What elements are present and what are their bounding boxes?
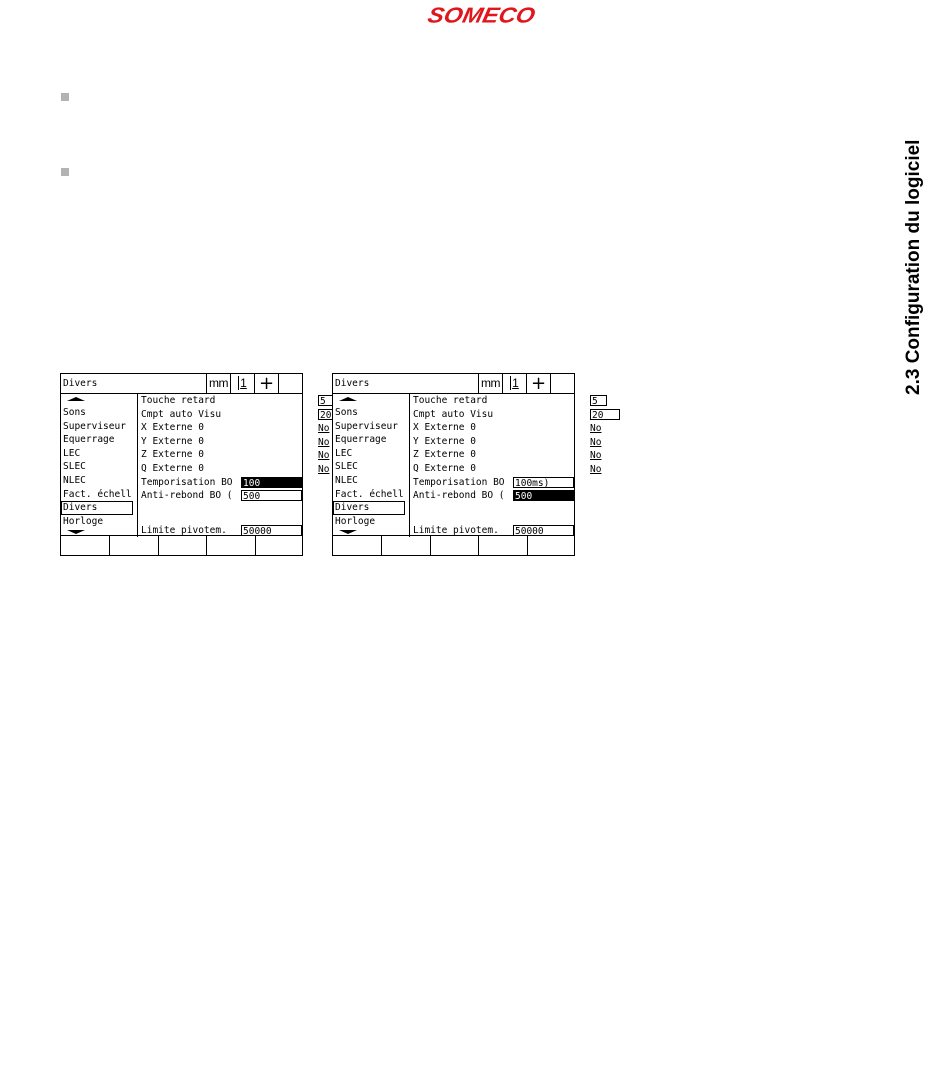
menu-item-lec[interactable]: LEC <box>335 447 352 461</box>
softkey-bar <box>333 535 574 555</box>
square-bullet-icon <box>61 93 69 101</box>
menu-item-equerrage[interactable]: Equerrage <box>335 433 386 447</box>
field-label-temporisation-bo: Temporisation BO <box>413 476 505 490</box>
crosshair-icon[interactable]: + <box>526 374 550 393</box>
field-value-z-externe-0[interactable]: No <box>318 449 329 463</box>
field-value-temporisation-bo[interactable]: 100ms) <box>513 477 574 488</box>
field-value-x-externe-0[interactable]: No <box>590 422 601 436</box>
field-value-anti-rebond-bo[interactable]: 500 <box>513 490 574 501</box>
screen-title: Divers <box>335 377 369 391</box>
field-value-anti-rebond-bo[interactable]: 500 <box>241 490 302 501</box>
dro-screen-2: Diversmm1+SonsSuperviseurEquerrageLECSLE… <box>332 373 575 556</box>
softkey-bar <box>61 535 302 555</box>
axis-button[interactable]: 1 <box>502 374 526 393</box>
menu-item-slec[interactable]: SLEC <box>63 460 86 474</box>
menu-item-superviseur[interactable]: Superviseur <box>335 420 398 434</box>
field-label-temporisation-bo: Temporisation BO <box>141 476 233 490</box>
field-label-z-externe-0: Z Externe 0 <box>141 448 204 462</box>
field-label-y-externe-0: Y Externe 0 <box>413 435 476 449</box>
field-label-y-externe-0: Y Externe 0 <box>141 435 204 449</box>
field-value-q-externe-0[interactable]: No <box>590 463 601 477</box>
softkey-2[interactable] <box>381 536 429 555</box>
field-label-touche-retard: Touche retard <box>413 394 487 408</box>
field-value-temporisation-bo[interactable]: 100 <box>241 477 302 488</box>
arrow-up-icon[interactable] <box>339 397 357 401</box>
unit-button[interactable]: mm <box>478 374 502 393</box>
menu-item-divers[interactable]: Divers <box>61 501 133 515</box>
menu-item-sons[interactable]: Sons <box>63 406 86 420</box>
menu-item-horloge[interactable]: Horloge <box>63 515 103 529</box>
softkey-3[interactable] <box>430 536 478 555</box>
menu-item-slec[interactable]: SLEC <box>335 460 358 474</box>
field-value-z-externe-0[interactable]: No <box>590 449 601 463</box>
field-value-y-externe-0[interactable]: No <box>318 436 329 450</box>
logo-text: SOMECO <box>426 4 538 27</box>
unit-button[interactable]: mm <box>206 374 230 393</box>
menu-item-lec[interactable]: LEC <box>63 447 80 461</box>
arrow-up-icon[interactable] <box>67 397 85 401</box>
field-label-cmpt-auto-visu: Cmpt auto Visu <box>413 408 493 422</box>
toolbar-blank-cell <box>550 374 574 393</box>
softkey-3[interactable] <box>158 536 206 555</box>
field-label-anti-rebond-bo: Anti-rebond BO ( <box>141 489 233 503</box>
toolbar-blank-cell <box>278 374 302 393</box>
menu-item-horloge[interactable]: Horloge <box>335 515 375 529</box>
field-label-q-externe-0: Q Externe 0 <box>413 462 476 476</box>
settings-menu: SonsSuperviseurEquerrageLECSLECNLECFact.… <box>333 393 410 537</box>
menu-item-fact-chell[interactable]: Fact. échell <box>335 488 404 502</box>
axis-label: 1 <box>238 376 247 390</box>
menu-item-superviseur[interactable]: Superviseur <box>63 420 126 434</box>
field-value-touche-retard[interactable]: 5 <box>590 395 607 406</box>
screen-titlebar: Diversmm1+ <box>61 374 302 394</box>
someco-logo: SOMECO <box>428 3 528 29</box>
settings-fields: Touche retard5Cmpt auto Visu20X Externe … <box>138 393 302 537</box>
menu-item-fact-chell[interactable]: Fact. échell <box>63 488 132 502</box>
screen-titlebar: Diversmm1+ <box>333 374 574 394</box>
field-value-x-externe-0[interactable]: No <box>318 422 329 436</box>
menu-item-sons[interactable]: Sons <box>335 406 358 420</box>
dro-screen-1: Diversmm1+SonsSuperviseurEquerrageLECSLE… <box>60 373 303 556</box>
square-bullet-icon <box>61 168 69 176</box>
field-label-anti-rebond-bo: Anti-rebond BO ( <box>413 489 505 503</box>
field-label-x-externe-0: X Externe 0 <box>141 421 204 435</box>
menu-item-equerrage[interactable]: Equerrage <box>63 433 114 447</box>
field-label-z-externe-0: Z Externe 0 <box>413 448 476 462</box>
softkey-1[interactable] <box>333 536 381 555</box>
menu-item-nlec[interactable]: NLEC <box>63 474 86 488</box>
section-title: 2.3 Configuration du logiciel <box>903 35 925 395</box>
field-label-x-externe-0: X Externe 0 <box>413 421 476 435</box>
softkey-4[interactable] <box>478 536 526 555</box>
field-label-touche-retard: Touche retard <box>141 394 215 408</box>
softkey-5[interactable] <box>527 536 575 555</box>
crosshair-icon[interactable]: + <box>254 374 278 393</box>
softkey-4[interactable] <box>206 536 254 555</box>
menu-item-divers[interactable]: Divers <box>333 501 405 515</box>
axis-button[interactable]: 1 <box>230 374 254 393</box>
menu-item-nlec[interactable]: NLEC <box>335 474 358 488</box>
softkey-1[interactable] <box>61 536 109 555</box>
arrow-down-icon[interactable] <box>339 530 357 534</box>
arrow-down-icon[interactable] <box>67 530 85 534</box>
field-label-cmpt-auto-visu: Cmpt auto Visu <box>141 408 221 422</box>
field-value-cmpt-auto-visu[interactable]: 20 <box>590 409 620 420</box>
settings-fields: Touche retard5Cmpt auto Visu20X Externe … <box>410 393 574 537</box>
axis-label: 1 <box>510 376 519 390</box>
settings-menu: SonsSuperviseurEquerrageLECSLECNLECFact.… <box>61 393 138 537</box>
screen-title: Divers <box>63 377 97 391</box>
field-value-y-externe-0[interactable]: No <box>590 436 601 450</box>
field-label-q-externe-0: Q Externe 0 <box>141 462 204 476</box>
field-value-q-externe-0[interactable]: No <box>318 463 329 477</box>
softkey-2[interactable] <box>109 536 157 555</box>
softkey-5[interactable] <box>255 536 303 555</box>
